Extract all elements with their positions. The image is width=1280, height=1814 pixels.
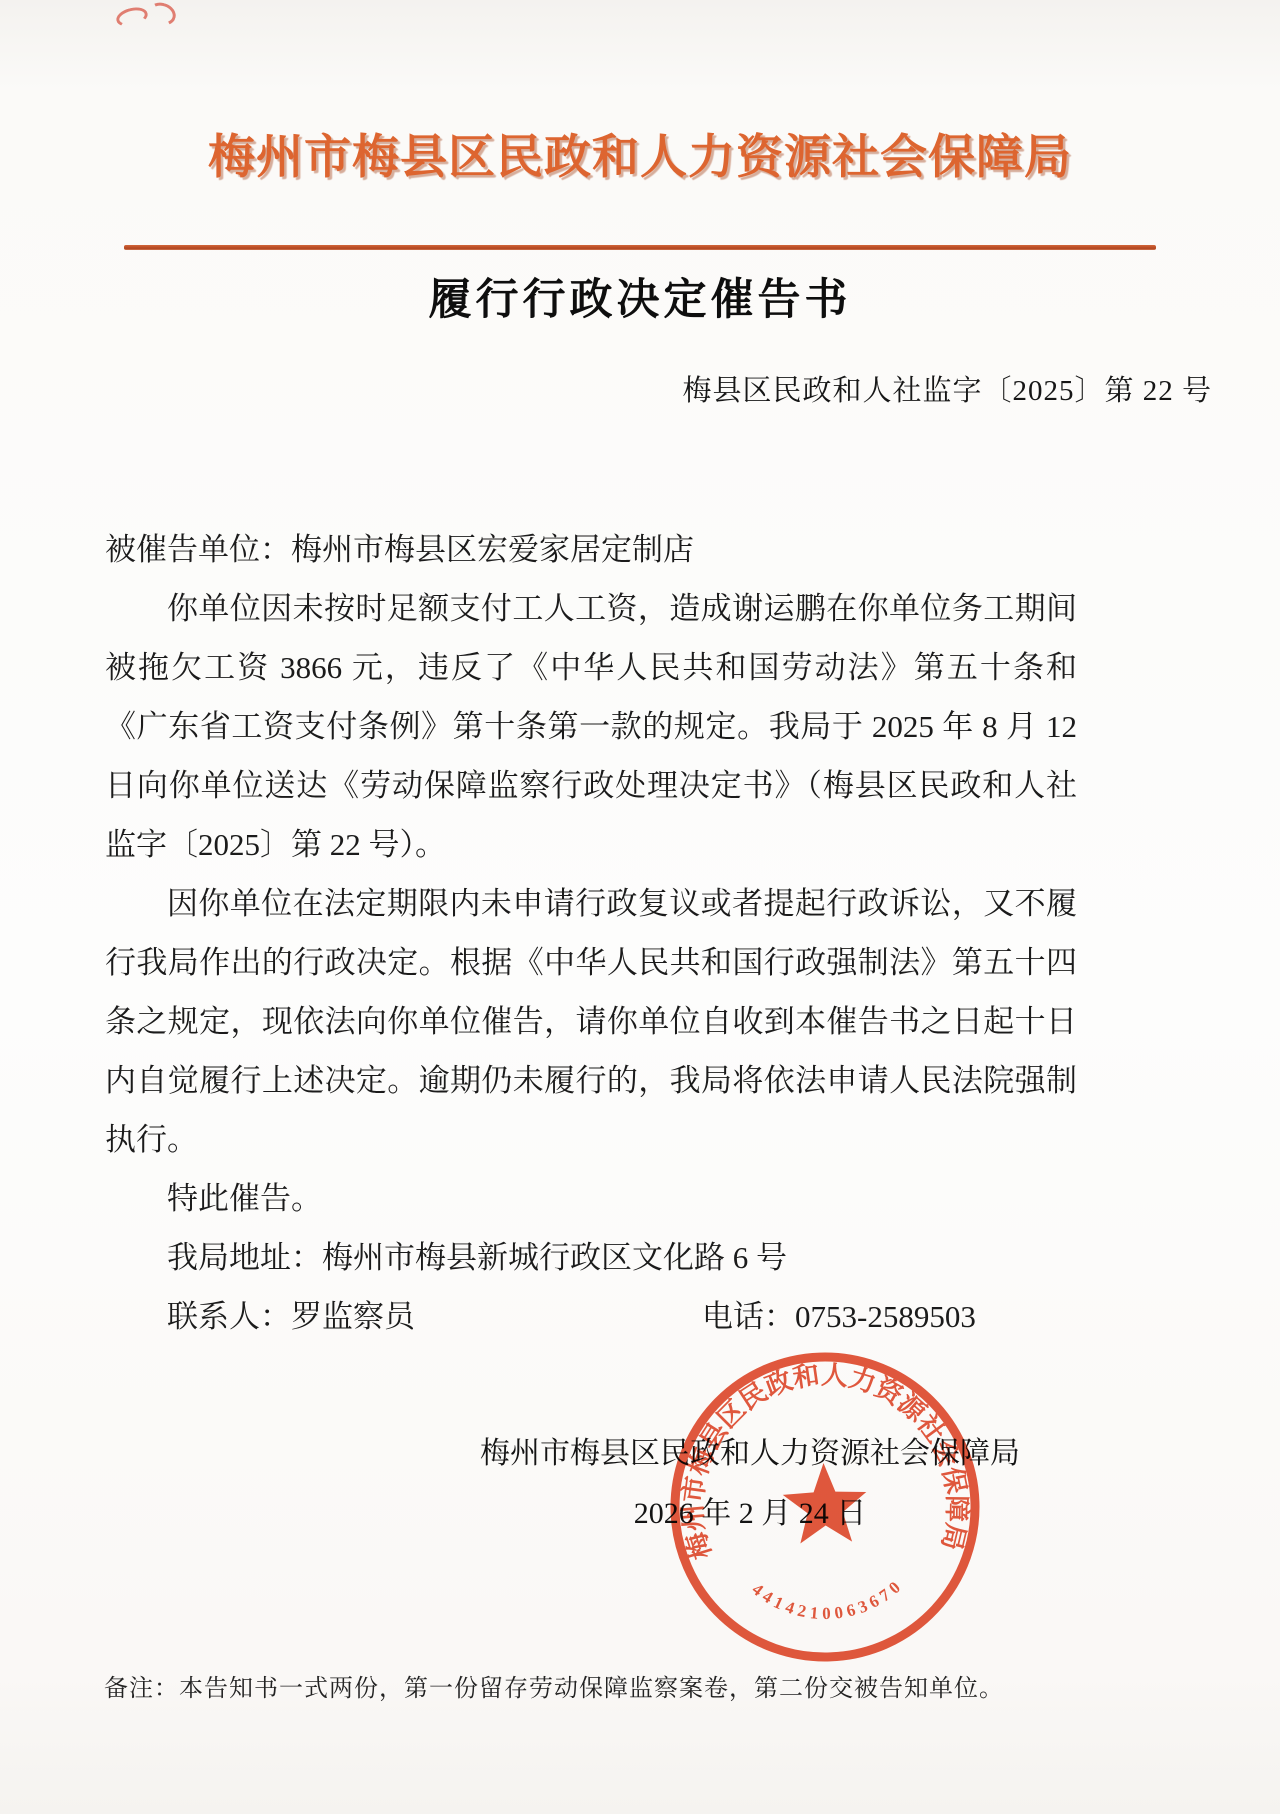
contact-row: 联系人：罗监察员电话：0753-2589503 <box>105 1287 1077 1346</box>
document-page: 梅州市梅县区民政和人力资源社会保障局 履行行政决定催告书 梅县区民政和人社监字〔… <box>0 0 1280 1814</box>
stray-ink-mark <box>116 2 180 28</box>
recipient-name: 梅州市梅县区宏爱家居定制店 <box>291 532 694 567</box>
contact-phone: 电话：0753-2589503 <box>640 1287 976 1346</box>
recipient-line: 被催告单位：梅州市梅县区宏爱家居定制店 <box>105 520 1077 579</box>
recipient-label: 被催告单位： <box>105 532 291 567</box>
closing-line: 特此催告。 <box>105 1169 1077 1228</box>
contact-person: 联系人：罗监察员 <box>167 1299 415 1334</box>
paragraph-2: 因你单位在法定期限内未申请行政复议或者提起行政诉讼，又不履行我局作出的行政决定。… <box>105 874 1077 1169</box>
seal-star-icon <box>782 1462 868 1544</box>
document-number: 梅县区民政和人社监字〔2025〕第 22 号 <box>682 368 1212 409</box>
seal-code: 4414210063670 <box>748 1574 908 1625</box>
document-body: 被催告单位：梅州市梅县区宏爱家居定制店 你单位因未按时足额支付工人工资，造成谢运… <box>105 520 1077 1346</box>
document-title: 履行行政决定催告书 <box>0 266 1280 327</box>
agency-header: 梅州市梅县区民政和人力资源社会保障局 <box>0 120 1280 187</box>
svg-text:梅州市梅县区民政和人力资源社会保障局: 梅州市梅县区民政和人力资源社会保障局 <box>672 1354 974 1563</box>
svg-text:4414210063670: 4414210063670 <box>748 1574 908 1625</box>
header-divider <box>124 245 1156 250</box>
seal-arc-text: 梅州市梅县区民政和人力资源社会保障局 <box>672 1354 974 1563</box>
address-line: 我局地址：梅州市梅县新城行政区文化路 6 号 <box>105 1228 1077 1287</box>
paragraph-1: 你单位因未按时足额支付工人工资，造成谢运鹏在你单位务工期间被拖欠工资 3866 … <box>105 579 1077 874</box>
footer-note: 备注：本告知书一式两份，第一份留存劳动保障监察案卷，第二份交被告知单位。 <box>104 1668 1004 1703</box>
official-seal: 梅州市梅县区民政和人力资源社会保障局 4414210063670 <box>658 1340 991 1673</box>
